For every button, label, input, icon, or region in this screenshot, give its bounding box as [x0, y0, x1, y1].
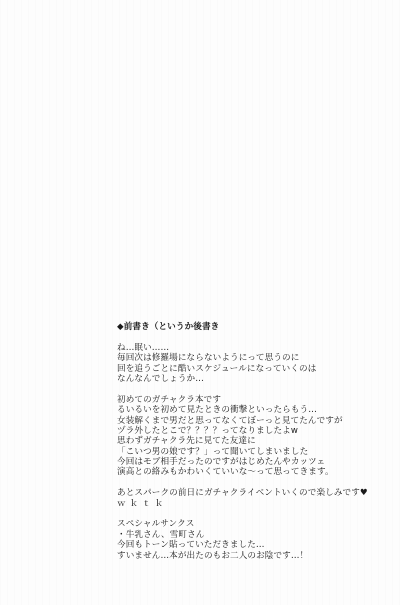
paragraph-gap: [117, 509, 387, 519]
special-thanks-line: すいません…本が出たのもお二人のお陰です…！: [117, 551, 387, 561]
paragraph2-line: 思わずガチャクラ先に見てた友達に: [117, 436, 387, 446]
paragraph1-line: ね…眠い……: [117, 343, 387, 353]
paragraph3-line: あとスパークの前日にガチャクライベントいくので楽しみです♥: [117, 488, 387, 498]
paragraph1-line: 毎回次は修羅場にならないようにって思うのに: [117, 353, 387, 363]
paragraph2-line: ヅラ外したとこで？？？？ってなりましたよw: [117, 426, 387, 436]
special-thanks-names: ・牛乳さん、雪町さん: [117, 530, 387, 540]
paragraph2-line: 「こいつ男の娘です？」って聞いてしまいました: [117, 447, 387, 457]
paragraph2-line: るいるいを初めて見たときの衝撃といったらもう…: [117, 405, 387, 415]
paragraph1-line: 回を追うごとに酷いスケジュールになっていくのは: [117, 364, 387, 374]
paragraph2-line: 演高との絡みもかわいくていいな～って思ってきます。: [117, 467, 387, 477]
paragraph-gap: [117, 384, 387, 394]
afterword-text-block: ◆前書き（というか後書き ね…眠い…… 毎回次は修羅場にならないようにって思うの…: [117, 322, 387, 561]
paragraph2-line: 初めてのガチャクラ本です: [117, 395, 387, 405]
paragraph2-line: 今回はモブ相手だったのですがはじめたんやカッツェ: [117, 457, 387, 467]
scanned-page: ◆前書き（というか後書き ね…眠い…… 毎回次は修羅場にならないようにって思うの…: [0, 0, 400, 605]
afterword-heading: ◆前書き（というか後書き: [117, 322, 387, 332]
paragraph3-line: ｗｋｔｋ: [117, 499, 387, 509]
special-thanks-heading: スペシャルサンクス: [117, 519, 387, 529]
paragraph-gap: [117, 332, 387, 342]
paragraph-gap: [117, 478, 387, 488]
paragraph1-line: なんなんでしょうか…: [117, 374, 387, 384]
special-thanks-line: 今回もトーン貼っていただきました…: [117, 540, 387, 550]
paragraph2-line: 女装解くまで男だと思ってなくてぼーっと見てたんですが: [117, 416, 387, 426]
